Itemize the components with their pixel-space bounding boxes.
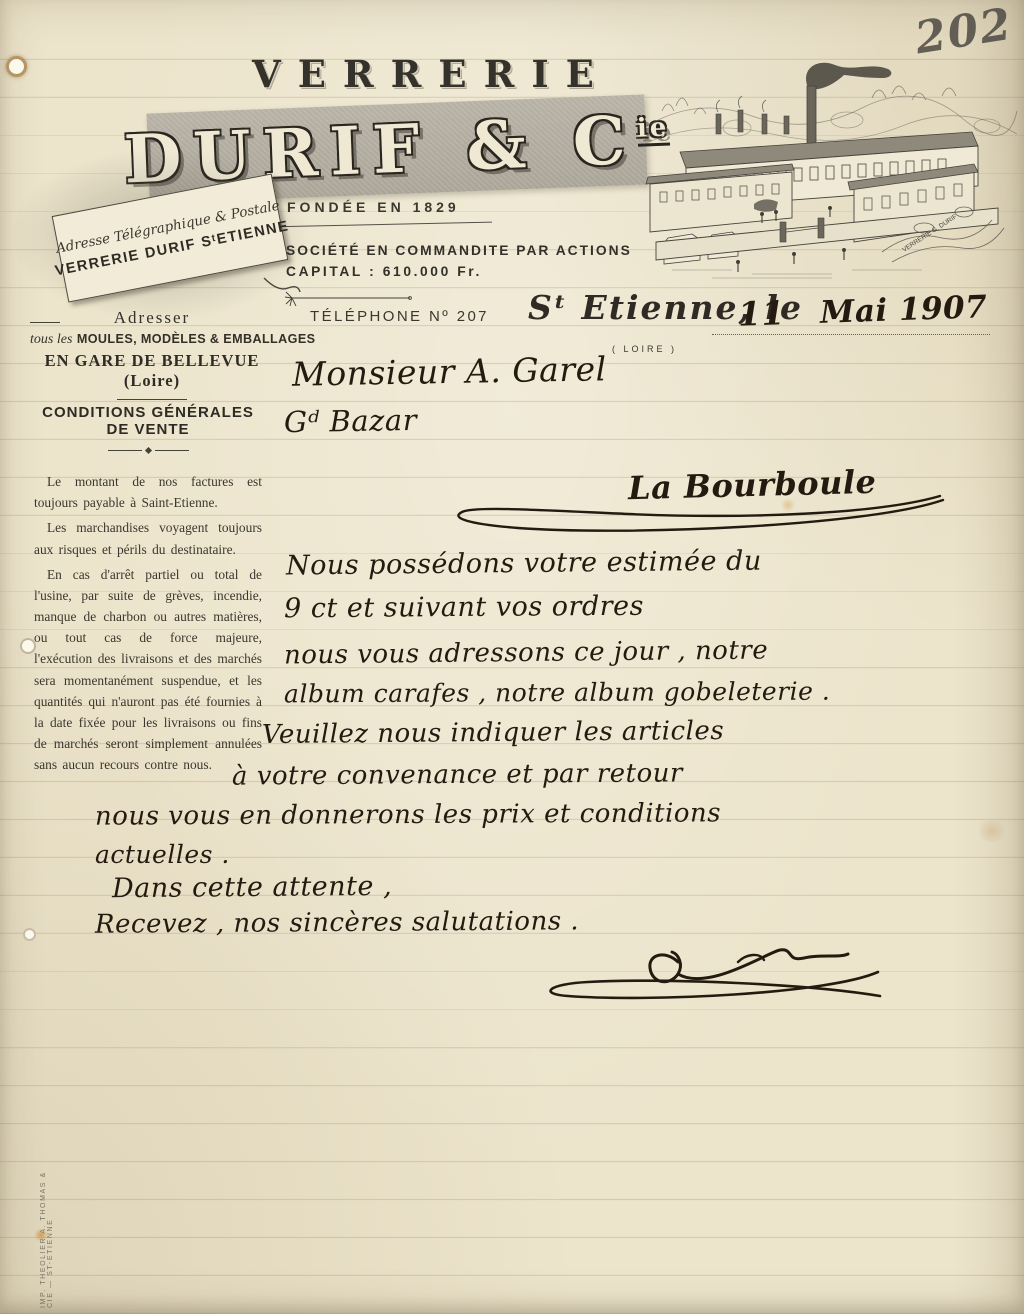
body-line: Veuillez nous indiquer les articles [262,716,724,750]
punch-hole [6,56,27,77]
body-line: album carafes , notre album gobeleterie … [284,677,830,709]
body-line: actuelles . [95,840,230,869]
telephone-line: TÉLÉPHONE Nº 207 [310,308,489,325]
conditions-block: CONDITIONS GÉNÉRALES DE VENTE Le montant… [34,404,262,779]
conditions-paragraph: Le montant de nos factures est toujours … [34,471,262,513]
factory-illustration: VERRERIE G. DURIF [642,56,1020,284]
body-line: à votre convenance et par retour [232,758,683,791]
signature [528,932,888,1012]
date-day: 11 [737,293,785,334]
shipping-line2a: tous les [30,332,72,347]
company-type: SOCIÉTÉ EN COMMANDITE PAR ACTIONS [286,243,632,258]
recipient-store: Gᵈ Bazar [284,403,418,439]
company-info: SOCIÉTÉ EN COMMANDITE PAR ACTIONS CAPITA… [286,243,632,279]
body-line: 9 ct et suivant vos ordres [284,591,644,625]
founded-line: FONDÉE EN 1829 [287,199,460,215]
conditions-paragraph: En cas d'arrêt partiel ou total de l'usi… [34,564,262,776]
body-line: Dans cette attente , [112,871,392,904]
dateline-loire: ( LOIRE ) [612,344,677,354]
company-name-top: VERRERIE [252,52,611,96]
recipient-name: Monsieur A. Garel [292,349,607,393]
conditions-title: CONDITIONS GÉNÉRALES DE VENTE [34,404,262,438]
shipping-line3: EN GARE DE BELLEVUE (Loire) [30,351,274,391]
shipping-line2b: MOULES, MODÈLES & EMBALLAGES [77,332,316,346]
smoke-plume [806,63,891,89]
shipping-dash [30,322,60,323]
body-line: Recevez , nos sincères salutations . [95,906,579,939]
letter-page: 202 VERRERIE DURIF & Cie FONDÉE EN 1829 [0,0,1024,1314]
place-underline-flourish [448,492,948,540]
conditions-divider [34,448,262,453]
stain [34,1228,48,1242]
stain [780,498,796,512]
body-line: nous vous en donnerons les prix et condi… [95,798,721,831]
body-line: Nous possédons votre estimée du [286,546,762,582]
conditions-paragraph: Les marchandises voyagent toujours aux r… [34,517,262,559]
body-line: nous vous adressons ce jour , notre [284,635,768,670]
capital-line: CAPITAL : 610.000 Fr. [286,264,632,279]
shipping-notice: Adresser tous les MOULES, MODÈLES & EMBA… [30,308,274,400]
shipping-divider [117,399,187,400]
shipping-line1: Adresser [30,308,274,328]
punch-hole [20,638,36,654]
date-month-year: Mai 1907 [819,289,987,331]
stain [975,820,1009,842]
punch-hole [23,928,36,941]
page-number: 202 [912,0,1017,64]
